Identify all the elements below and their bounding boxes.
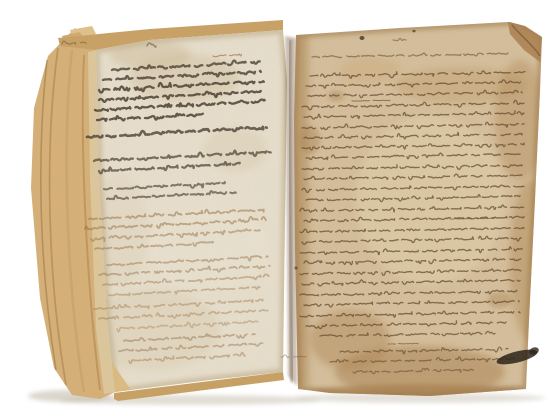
stain	[340, 58, 400, 82]
stain-spot	[300, 126, 320, 154]
stain-spot	[488, 292, 512, 308]
ink-blot	[294, 266, 297, 269]
left-page-stains	[80, 20, 295, 405]
manuscript-scene	[0, 0, 555, 416]
right-page	[281, 18, 550, 400]
manuscript-photograph	[0, 0, 555, 416]
ink-blot	[412, 30, 415, 33]
ink-blot	[360, 36, 365, 40]
